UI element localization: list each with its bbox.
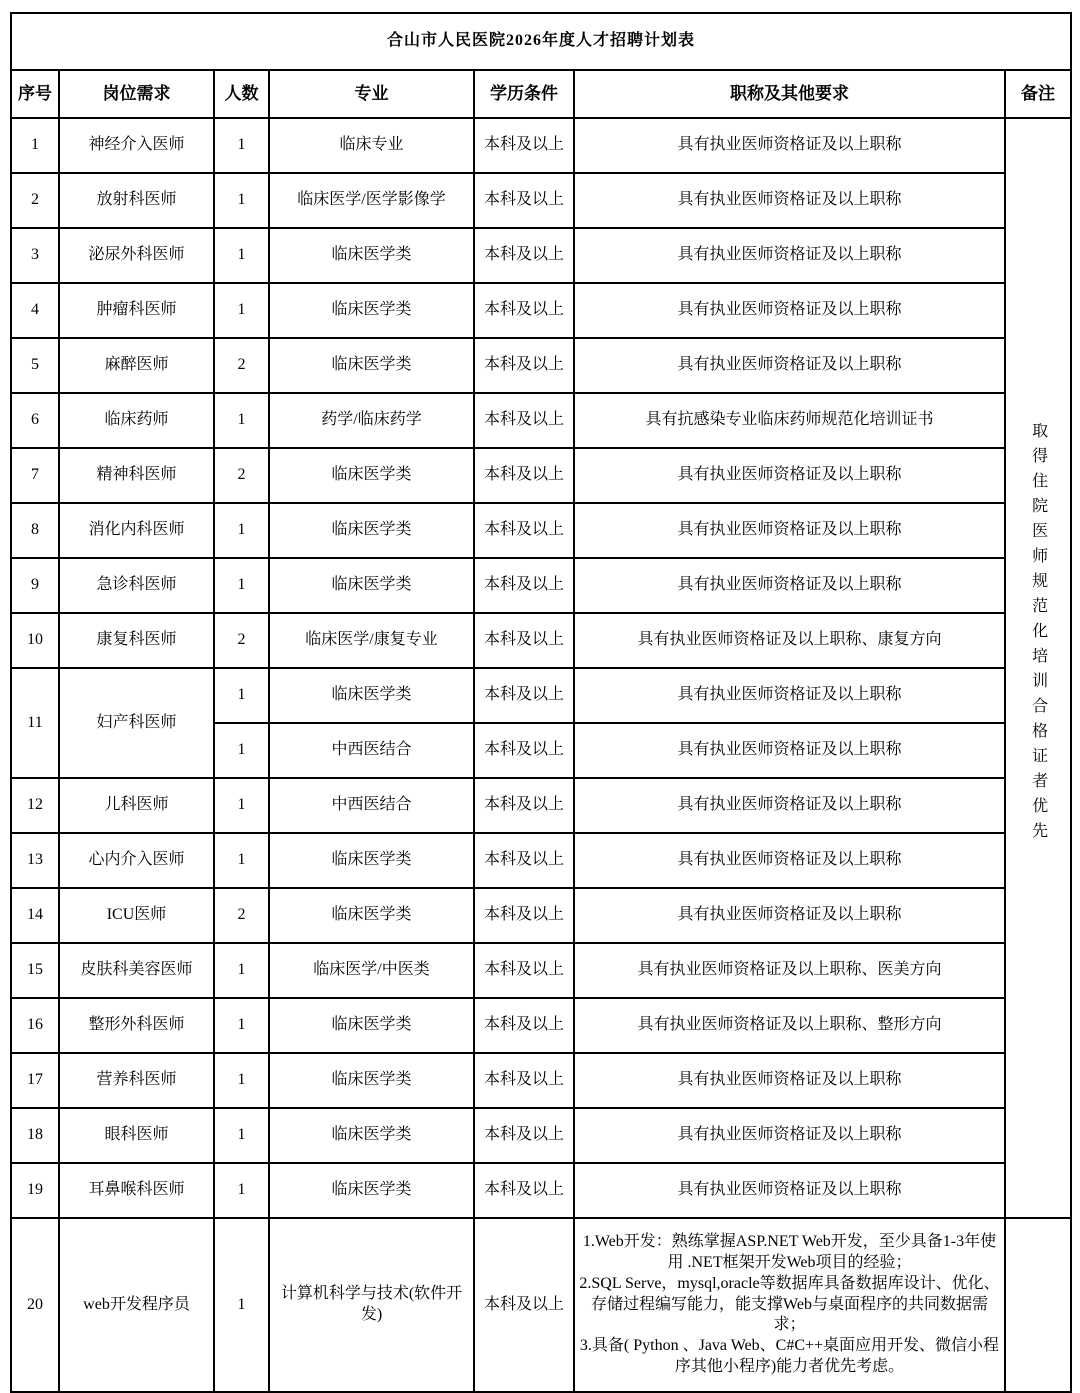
cell-requirement: 具有执业医师资格证及以上职称 xyxy=(574,888,1005,943)
title-row: 合山市人民医院2026年度人才招聘计划表 xyxy=(11,13,1071,70)
cell-major: 临床医学/中医类 xyxy=(269,943,474,998)
cell-requirement: 具有执业医师资格证及以上职称 xyxy=(574,173,1005,228)
cell-count: 1 xyxy=(214,1108,269,1163)
cell-position: 耳鼻喉科医师 xyxy=(59,1163,214,1218)
cell-requirement-detail: 1.Web开发：熟练掌握ASP.NET Web开发，至少具备1-3年使用 .NE… xyxy=(574,1218,1005,1392)
table-row: 19 耳鼻喉科医师 1 临床医学类 本科及以上 具有执业医师资格证及以上职称 xyxy=(11,1163,1071,1218)
table-row: 11 妇产科医师 1 临床医学类 本科及以上 具有执业医师资格证及以上职称 xyxy=(11,668,1071,723)
cell-count: 1 xyxy=(214,393,269,448)
cell-education: 本科及以上 xyxy=(474,448,574,503)
cell-education: 本科及以上 xyxy=(474,723,574,778)
cell-requirement: 具有执业医师资格证及以上职称、医美方向 xyxy=(574,943,1005,998)
cell-position: 妇产科医师 xyxy=(59,668,214,778)
cell-count: 2 xyxy=(214,888,269,943)
cell-count: 1 xyxy=(214,723,269,778)
cell-major: 临床医学类 xyxy=(269,503,474,558)
cell-major: 临床医学类 xyxy=(269,833,474,888)
col-header-serial: 序号 xyxy=(11,70,59,118)
table-row: 13 心内介入医师 1 临床医学类 本科及以上 具有执业医师资格证及以上职称 xyxy=(11,833,1071,888)
cell-requirement: 具有执业医师资格证及以上职称 xyxy=(574,1108,1005,1163)
cell-position: 眼科医师 xyxy=(59,1108,214,1163)
cell-education: 本科及以上 xyxy=(474,943,574,998)
cell-serial: 18 xyxy=(11,1108,59,1163)
cell-serial: 2 xyxy=(11,173,59,228)
cell-requirement: 具有执业医师资格证及以上职称 xyxy=(574,503,1005,558)
cell-position: 肿瘤科医师 xyxy=(59,283,214,338)
cell-education: 本科及以上 xyxy=(474,228,574,283)
table-row: 9 急诊科医师 1 临床医学类 本科及以上 具有执业医师资格证及以上职称 xyxy=(11,558,1071,613)
recruitment-table: 合山市人民医院2026年度人才招聘计划表 序号 岗位需求 人数 专业 学历条件 … xyxy=(10,12,1072,1393)
cell-position: 营养科医师 xyxy=(59,1053,214,1108)
cell-position: 泌尿外科医师 xyxy=(59,228,214,283)
cell-count: 1 xyxy=(214,943,269,998)
cell-major: 中西医结合 xyxy=(269,778,474,833)
cell-education: 本科及以上 xyxy=(474,118,574,173)
table-row: 7 精神科医师 2 临床医学类 本科及以上 具有执业医师资格证及以上职称 xyxy=(11,448,1071,503)
cell-serial: 4 xyxy=(11,283,59,338)
cell-education: 本科及以上 xyxy=(474,778,574,833)
cell-major: 临床医学类 xyxy=(269,1053,474,1108)
cell-position: 麻醉医师 xyxy=(59,338,214,393)
col-header-count: 人数 xyxy=(214,70,269,118)
cell-serial: 11 xyxy=(11,668,59,778)
table-row: 20 web开发程序员 1 计算机科学与技术(软件开发) 本科及以上 1.Web… xyxy=(11,1218,1071,1392)
cell-education: 本科及以上 xyxy=(474,668,574,723)
cell-serial: 1 xyxy=(11,118,59,173)
cell-position: 急诊科医师 xyxy=(59,558,214,613)
table-row: 2 放射科医师 1 临床医学/医学影像学 本科及以上 具有执业医师资格证及以上职… xyxy=(11,173,1071,228)
cell-requirement: 具有执业医师资格证及以上职称 xyxy=(574,778,1005,833)
cell-serial: 14 xyxy=(11,888,59,943)
cell-major: 计算机科学与技术(软件开发) xyxy=(269,1218,474,1392)
cell-serial: 17 xyxy=(11,1053,59,1108)
cell-education: 本科及以上 xyxy=(474,833,574,888)
table-row: 3 泌尿外科医师 1 临床医学类 本科及以上 具有执业医师资格证及以上职称 xyxy=(11,228,1071,283)
table-row: 6 临床药师 1 药学/临床药学 本科及以上 具有抗感染专业临床药师规范化培训证… xyxy=(11,393,1071,448)
cell-education: 本科及以上 xyxy=(474,503,574,558)
cell-education: 本科及以上 xyxy=(474,1218,574,1392)
cell-count: 1 xyxy=(214,778,269,833)
cell-serial: 13 xyxy=(11,833,59,888)
cell-count: 1 xyxy=(214,118,269,173)
cell-education: 本科及以上 xyxy=(474,998,574,1053)
cell-position: 康复科医师 xyxy=(59,613,214,668)
col-header-requirement: 职称及其他要求 xyxy=(574,70,1005,118)
cell-position: 放射科医师 xyxy=(59,173,214,228)
cell-count: 1 xyxy=(214,173,269,228)
remark-vertical-text: 取得住院医师规范化培训合格证者优先 xyxy=(1028,422,1047,847)
cell-position: 临床药师 xyxy=(59,393,214,448)
table-row: 17 营养科医师 1 临床医学类 本科及以上 具有执业医师资格证及以上职称 xyxy=(11,1053,1071,1108)
col-header-position: 岗位需求 xyxy=(59,70,214,118)
cell-major: 临床专业 xyxy=(269,118,474,173)
table-row: 8 消化内科医师 1 临床医学类 本科及以上 具有执业医师资格证及以上职称 xyxy=(11,503,1071,558)
cell-requirement: 具有执业医师资格证及以上职称 xyxy=(574,723,1005,778)
cell-education: 本科及以上 xyxy=(474,558,574,613)
cell-serial: 15 xyxy=(11,943,59,998)
cell-serial: 8 xyxy=(11,503,59,558)
cell-requirement: 具有执业医师资格证及以上职称 xyxy=(574,118,1005,173)
cell-serial: 12 xyxy=(11,778,59,833)
table-row: 14 ICU医师 2 临床医学类 本科及以上 具有执业医师资格证及以上职称 xyxy=(11,888,1071,943)
cell-serial: 6 xyxy=(11,393,59,448)
cell-major: 临床医学/医学影像学 xyxy=(269,173,474,228)
cell-count: 2 xyxy=(214,338,269,393)
table-row: 12 儿科医师 1 中西医结合 本科及以上 具有执业医师资格证及以上职称 xyxy=(11,778,1071,833)
cell-education: 本科及以上 xyxy=(474,1108,574,1163)
cell-major: 临床医学类 xyxy=(269,448,474,503)
cell-major: 临床医学类 xyxy=(269,1163,474,1218)
cell-requirement: 具有执业医师资格证及以上职称 xyxy=(574,1053,1005,1108)
cell-position: 消化内科医师 xyxy=(59,503,214,558)
cell-remark-merged: 取得住院医师规范化培训合格证者优先 xyxy=(1005,118,1071,1218)
cell-requirement: 具有执业医师资格证及以上职称 xyxy=(574,1163,1005,1218)
table-row: 4 肿瘤科医师 1 临床医学类 本科及以上 具有执业医师资格证及以上职称 xyxy=(11,283,1071,338)
cell-requirement: 具有执业医师资格证及以上职称 xyxy=(574,228,1005,283)
cell-major: 中西医结合 xyxy=(269,723,474,778)
cell-major: 临床医学类 xyxy=(269,228,474,283)
cell-count: 1 xyxy=(214,558,269,613)
cell-count: 1 xyxy=(214,503,269,558)
cell-major: 临床医学类 xyxy=(269,338,474,393)
cell-count: 1 xyxy=(214,1218,269,1392)
cell-count: 1 xyxy=(214,228,269,283)
cell-position: ICU医师 xyxy=(59,888,214,943)
cell-education: 本科及以上 xyxy=(474,173,574,228)
table-row: 16 整形外科医师 1 临床医学类 本科及以上 具有执业医师资格证及以上职称、整… xyxy=(11,998,1071,1053)
cell-count: 2 xyxy=(214,448,269,503)
cell-requirement: 具有执业医师资格证及以上职称、整形方向 xyxy=(574,998,1005,1053)
cell-education: 本科及以上 xyxy=(474,888,574,943)
cell-major: 临床医学类 xyxy=(269,668,474,723)
cell-count: 1 xyxy=(214,998,269,1053)
col-header-remark: 备注 xyxy=(1005,70,1071,118)
cell-requirement: 具有执业医师资格证及以上职称、康复方向 xyxy=(574,613,1005,668)
cell-major: 药学/临床药学 xyxy=(269,393,474,448)
cell-position: 整形外科医师 xyxy=(59,998,214,1053)
header-row: 序号 岗位需求 人数 专业 学历条件 职称及其他要求 备注 xyxy=(11,70,1071,118)
cell-major: 临床医学类 xyxy=(269,283,474,338)
cell-major: 临床医学/康复专业 xyxy=(269,613,474,668)
cell-serial: 10 xyxy=(11,613,59,668)
cell-education: 本科及以上 xyxy=(474,1163,574,1218)
cell-requirement: 具有抗感染专业临床药师规范化培训证书 xyxy=(574,393,1005,448)
cell-major: 临床医学类 xyxy=(269,998,474,1053)
cell-education: 本科及以上 xyxy=(474,338,574,393)
cell-requirement: 具有执业医师资格证及以上职称 xyxy=(574,558,1005,613)
cell-count: 1 xyxy=(214,283,269,338)
table-row: 15 皮肤科美容医师 1 临床医学/中医类 本科及以上 具有执业医师资格证及以上… xyxy=(11,943,1071,998)
cell-serial: 20 xyxy=(11,1218,59,1392)
cell-requirement: 具有执业医师资格证及以上职称 xyxy=(574,448,1005,503)
cell-education: 本科及以上 xyxy=(474,1053,574,1108)
table-row: 10 康复科医师 2 临床医学/康复专业 本科及以上 具有执业医师资格证及以上职… xyxy=(11,613,1071,668)
col-header-education: 学历条件 xyxy=(474,70,574,118)
cell-position: 神经介入医师 xyxy=(59,118,214,173)
cell-education: 本科及以上 xyxy=(474,393,574,448)
cell-major: 临床医学类 xyxy=(269,888,474,943)
cell-serial: 7 xyxy=(11,448,59,503)
cell-position: web开发程序员 xyxy=(59,1218,214,1392)
table-row: 1 神经介入医师 1 临床专业 本科及以上 具有执业医师资格证及以上职称 取得住… xyxy=(11,118,1071,173)
cell-major: 临床医学类 xyxy=(269,558,474,613)
cell-requirement: 具有执业医师资格证及以上职称 xyxy=(574,833,1005,888)
cell-position: 精神科医师 xyxy=(59,448,214,503)
cell-education: 本科及以上 xyxy=(474,283,574,338)
cell-serial: 19 xyxy=(11,1163,59,1218)
cell-position: 儿科医师 xyxy=(59,778,214,833)
table-row: 18 眼科医师 1 临床医学类 本科及以上 具有执业医师资格证及以上职称 xyxy=(11,1108,1071,1163)
cell-serial: 3 xyxy=(11,228,59,283)
cell-serial: 16 xyxy=(11,998,59,1053)
cell-remark-empty xyxy=(1005,1218,1071,1392)
requirement-item: 2.SQL Serve，mysql,oracle等数据库具备数据库设计、优化、存… xyxy=(579,1274,1000,1336)
requirement-item: 3.具备( Python 、Java Web、C#C++桌面应用开发、微信小程序… xyxy=(579,1336,1000,1378)
cell-requirement: 具有执业医师资格证及以上职称 xyxy=(574,283,1005,338)
cell-position: 心内介入医师 xyxy=(59,833,214,888)
cell-count: 1 xyxy=(214,1053,269,1108)
page-title: 合山市人民医院2026年度人才招聘计划表 xyxy=(11,13,1071,70)
cell-education: 本科及以上 xyxy=(474,613,574,668)
cell-count: 2 xyxy=(214,613,269,668)
cell-serial: 9 xyxy=(11,558,59,613)
cell-count: 1 xyxy=(214,668,269,723)
cell-serial: 5 xyxy=(11,338,59,393)
cell-count: 1 xyxy=(214,833,269,888)
cell-requirement: 具有执业医师资格证及以上职称 xyxy=(574,338,1005,393)
requirement-item: 1.Web开发：熟练掌握ASP.NET Web开发，至少具备1-3年使用 .NE… xyxy=(579,1232,1000,1274)
col-header-major: 专业 xyxy=(269,70,474,118)
cell-major: 临床医学类 xyxy=(269,1108,474,1163)
cell-count: 1 xyxy=(214,1163,269,1218)
table-row: 5 麻醉医师 2 临床医学类 本科及以上 具有执业医师资格证及以上职称 xyxy=(11,338,1071,393)
cell-position: 皮肤科美容医师 xyxy=(59,943,214,998)
cell-requirement: 具有执业医师资格证及以上职称 xyxy=(574,668,1005,723)
